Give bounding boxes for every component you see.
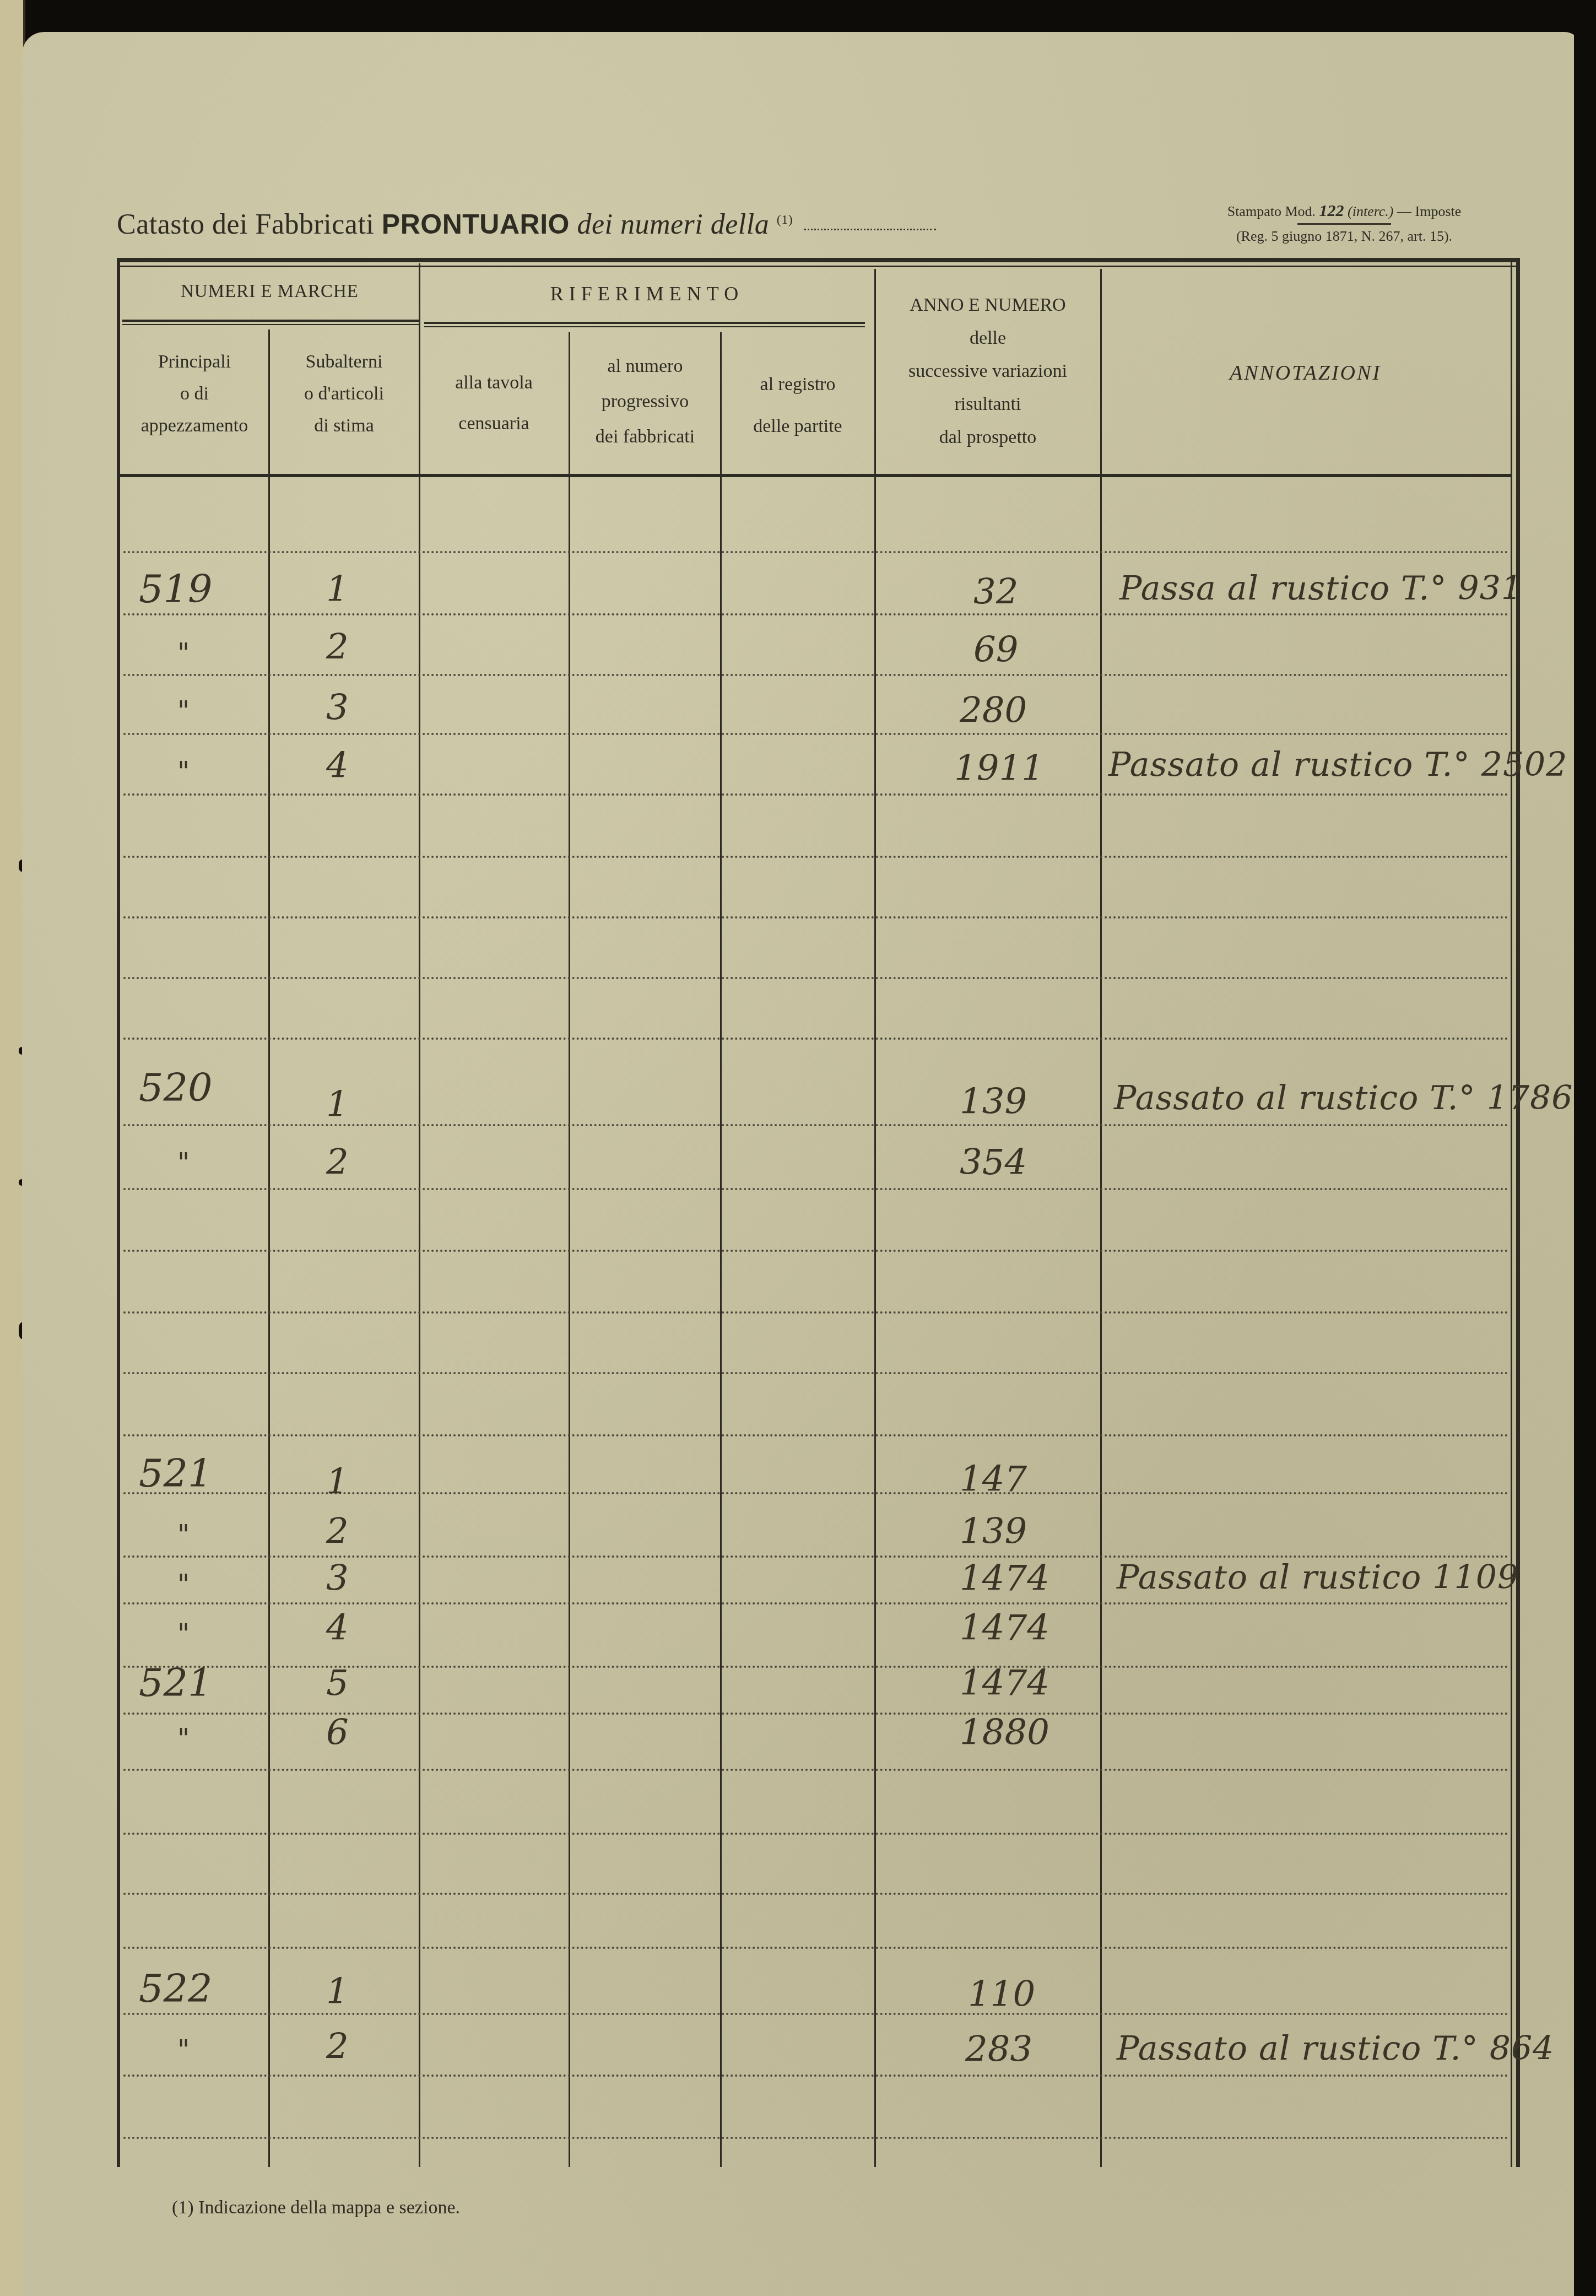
header-anno-numero: ANNO E NUMERO delle successive variazion… — [877, 289, 1099, 454]
register-table: NUMERI E MARCHE RIFERIMENTO Principali o… — [117, 258, 1519, 2167]
ruled-line — [123, 916, 1509, 919]
subalterno-value: 2 — [326, 1142, 349, 1183]
principale-value: 521 — [139, 1660, 213, 1705]
header-line: di stima — [271, 410, 417, 442]
stamp-suffix: — Imposte — [1397, 203, 1461, 219]
anno-numero-value: 139 — [960, 1511, 1027, 1552]
ruled-line — [123, 1372, 1509, 1374]
ditto-mark: " — [177, 1569, 190, 1600]
annotazione-value: Passa al rustico T.° 931 — [1119, 569, 1523, 608]
ruled-line — [123, 1769, 1509, 1771]
header-line: appezzamento — [122, 410, 267, 442]
header-line: dal prospetto — [877, 421, 1099, 454]
header-line: delle partite — [723, 406, 873, 447]
ruled-line — [123, 2074, 1509, 2077]
column-divider — [1100, 269, 1102, 2167]
header-riferimento: RIFERIMENTO — [423, 278, 872, 310]
column-divider — [419, 263, 420, 2167]
principale-value: 520 — [139, 1065, 213, 1110]
subalterno-value: 5 — [326, 1663, 349, 1704]
stamp-model-number: 122 — [1319, 202, 1344, 220]
principale-value: 521 — [139, 1451, 213, 1496]
ruled-line — [123, 674, 1509, 676]
header-line: delle — [877, 322, 1099, 355]
anno-numero-value: 1911 — [954, 748, 1044, 789]
stamp-italic: (interc.) — [1348, 203, 1394, 219]
anno-numero-value: 147 — [960, 1459, 1027, 1500]
subalterno-value: 1 — [326, 569, 349, 610]
group-rule-thin — [424, 326, 865, 327]
ruled-line — [123, 1250, 1509, 1252]
subalterno-value: 2 — [326, 627, 349, 668]
title-italic: dei numeri della — [577, 209, 769, 240]
ruled-line — [123, 793, 1509, 796]
table-right-border — [1516, 258, 1520, 2167]
ruled-line — [123, 2013, 1509, 2015]
header-line: alla tavola — [421, 363, 567, 403]
subalterno-value: 1 — [326, 1462, 349, 1503]
subalterno-value: 4 — [326, 1608, 349, 1649]
table-top-rule-thin — [117, 266, 1519, 267]
anno-numero-value: 283 — [965, 2029, 1032, 2070]
group-rule — [424, 322, 865, 324]
header-line: censuaria — [421, 403, 567, 444]
header-line: Principali — [122, 346, 267, 378]
group-rule-thin — [122, 324, 420, 325]
subalterno-value: 6 — [326, 1712, 349, 1753]
footnote: (1) Indicazione della mappa e sezione. — [172, 2197, 460, 2218]
anno-numero-value: 280 — [960, 690, 1027, 731]
column-divider — [268, 329, 270, 2167]
subalterno-value: 2 — [326, 2027, 349, 2067]
header-line: Subalterni — [271, 346, 417, 378]
ruled-line — [123, 1311, 1509, 1314]
subalterno-value: 3 — [326, 1558, 349, 1599]
subalterno-value: 1 — [326, 1084, 349, 1125]
header-line: al numero — [571, 349, 719, 384]
header-tavola: alla tavola censuaria — [421, 363, 567, 444]
header-annotazioni: ANNOTAZIONI — [1103, 357, 1508, 389]
header-principali: Principali o di appezzamento — [122, 346, 267, 442]
ditto-mark: " — [177, 2035, 190, 2066]
header-line: al registro — [723, 364, 873, 406]
ditto-mark: " — [177, 1619, 190, 1650]
anno-numero-value: 1880 — [960, 1712, 1049, 1753]
ruled-line — [123, 977, 1509, 979]
subalterno-value: 4 — [326, 745, 349, 786]
header-numeri-e-marche: NUMERI E MARCHE — [122, 275, 417, 307]
anno-numero-value: 69 — [973, 630, 1018, 671]
ditto-mark: " — [177, 1724, 190, 1754]
ruled-line — [123, 1555, 1509, 1558]
annotazione-value: Passato al rustico T.° 2502 — [1108, 745, 1567, 784]
table-top-rule — [117, 258, 1519, 262]
anno-numero-value: 32 — [973, 572, 1018, 613]
title-fill-line — [804, 229, 936, 230]
header-line: progressivo — [571, 384, 719, 419]
annotazione-value: Passato al rustico 1109 — [1117, 1558, 1519, 1597]
title-plain: Catasto dei Fabbricati — [117, 209, 374, 240]
title-bold: PRONTUARIO — [382, 209, 570, 240]
column-divider — [874, 269, 876, 2167]
ruled-line — [123, 1947, 1509, 1949]
ruled-line — [123, 1188, 1509, 1190]
anno-numero-value: 1474 — [960, 1558, 1049, 1599]
ruled-line — [123, 1038, 1509, 1040]
header-line: o d'articoli — [271, 378, 417, 410]
subalterno-value: 2 — [326, 1511, 349, 1552]
annotazione-value: Passato al rustico T.° 864 — [1117, 2029, 1554, 2068]
header-subalterni: Subalterni o d'articoli di stima — [271, 346, 417, 442]
group-rule — [122, 320, 420, 322]
page-title: Catasto dei Fabbricati PRONTUARIO dei nu… — [117, 208, 936, 241]
subalterno-value: 3 — [326, 688, 349, 728]
principale-value: 519 — [139, 566, 213, 612]
anno-numero-value: 1474 — [960, 1663, 1049, 1704]
anno-numero-value: 354 — [960, 1142, 1027, 1183]
ruled-line — [123, 1893, 1509, 1895]
ruled-line — [123, 733, 1509, 735]
ruled-line — [123, 1434, 1509, 1436]
header-line: o di — [122, 378, 267, 410]
footnote-ref: (1) — [777, 213, 793, 227]
ditto-mark: " — [177, 638, 190, 669]
form-stamp: Stampato Mod. 122 (interc.) — Imposte (R… — [1190, 199, 1498, 248]
header-numero-progressivo: al numero progressivo dei fabbricati — [571, 349, 719, 455]
table-right-border-thin — [1511, 258, 1512, 2167]
ditto-mark: " — [177, 757, 190, 787]
anno-numero-value: 139 — [960, 1082, 1027, 1122]
annotazione-value: Passato al rustico T.° 1786 — [1114, 1079, 1573, 1117]
ditto-mark: " — [177, 1148, 190, 1179]
table-left-border — [117, 258, 120, 2167]
anno-numero-value: 1474 — [960, 1608, 1049, 1649]
subalterno-value: 1 — [326, 1971, 349, 2012]
anno-numero-value: 110 — [968, 1974, 1035, 2015]
header-line: dei fabbricati — [571, 419, 719, 455]
header-registro: al registro delle partite — [723, 364, 873, 447]
ditto-mark: " — [177, 1520, 190, 1551]
ditto-mark: " — [177, 696, 190, 727]
header-line: successive variazioni — [877, 355, 1099, 388]
scan-background — [1574, 33, 1596, 2296]
ruled-line — [123, 856, 1509, 858]
header-line: risultanti — [877, 388, 1099, 421]
ruled-line — [123, 1602, 1509, 1605]
principale-value: 522 — [139, 1966, 213, 2011]
ruled-line — [123, 1833, 1509, 1835]
stamp-regulation: (Reg. 5 giugno 1871, N. 267, art. 15). — [1190, 225, 1498, 248]
header-bottom-rule — [117, 474, 1511, 477]
ruled-line — [123, 613, 1509, 615]
stamp-prefix: Stampato Mod. — [1227, 203, 1316, 219]
header-line: ANNO E NUMERO — [877, 289, 1099, 322]
ruled-line — [123, 2137, 1509, 2139]
ruled-line — [123, 551, 1509, 553]
